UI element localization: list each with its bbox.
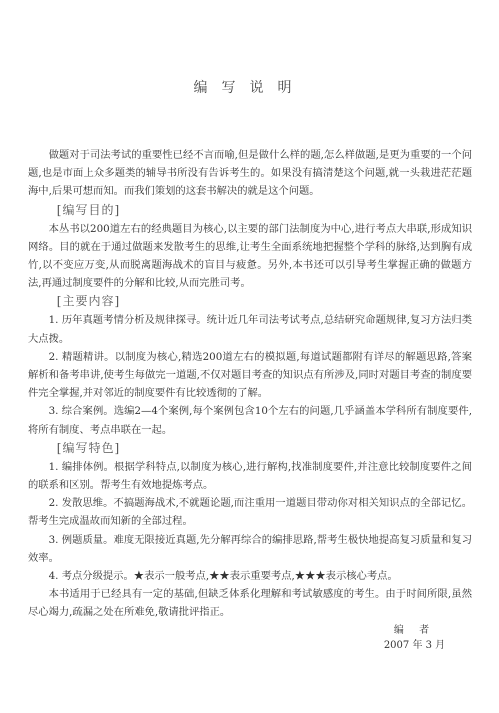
section-heading-content: [主要内容] [28,292,472,311]
section-heading-features: [编写特色] [28,439,472,458]
content-item-1: 1. 历年真题考情分析及规律探寻。统计近几年司法考试考点,总结研究命题规律,复习… [28,311,472,347]
signature-date: 2007 年 3 月 [330,636,499,651]
section-heading-purpose: [编写目的] [28,201,472,220]
document-body: 做题对于司法考试的重要性已经不言而喻,但是做什么样的题,怎么样做题,是更为重要的… [28,146,472,622]
feature-item-1: 1. 编排体例。根据学科特点,以制度为核心,进行解构,找准制度要件,并注意比较制… [28,458,472,494]
purpose-paragraph: 本丛书以200道左右的经典题目为核心,以主要的部门法制度为中心,进行考点大串联,… [28,220,472,293]
feature-item-3: 3. 例题质量。难度无限接近真题,先分解再综合的编排思路,帮考生极快地提高复习质… [28,531,472,567]
signature-author: 编 者 [330,621,499,636]
page-title: 编写说明 [0,77,499,97]
closing-paragraph: 本书适用于已经具有一定的基础,但缺乏体系化理解和考试敏感度的考生。由于时间所限,… [28,585,472,621]
feature-item-2: 2. 发散思维。不搞题海战术,不就题论题,而注重用一道题目带动你对相关知识点的全… [28,494,472,530]
feature-item-4: 4. 考点分级提示。★表示一般考点,★★表示重要考点,★★★表示核心考点。 [28,567,472,585]
content-item-2: 2. 精题精讲。以制度为核心,精选200道左右的模拟题,每道试题都附有详尽的解题… [28,348,472,403]
content-item-3: 3. 综合案例。选编2—4个案例,每个案例包含10个左右的问题,几乎涵盖本学科所… [28,402,472,438]
intro-paragraph: 做题对于司法考试的重要性已经不言而喻,但是做什么样的题,怎么样做题,是更为重要的… [28,146,472,201]
